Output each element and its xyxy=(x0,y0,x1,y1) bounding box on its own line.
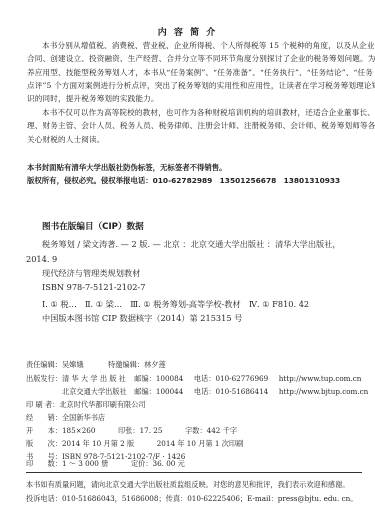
sheets-label: 印张： xyxy=(118,426,140,435)
summary-line: 本书分别从增值税、消费税、营业税、企业所得税、个人所得税等 15 个税种的角度，… xyxy=(27,39,363,52)
editor-label: 责任编辑： xyxy=(26,360,62,369)
publisher-row-2: 北京交通大学出版社 邮编：100044 电话：010-51686414 http… xyxy=(62,387,368,397)
phone: 010-51686414 xyxy=(215,387,268,396)
copyright-notice: 版权所有，侵权必究。侵权举报电话：010-62782989 1350125667… xyxy=(27,175,340,186)
publisher-url[interactable]: http://www.tup.com.cn xyxy=(279,374,362,383)
cip-line-2: 2014. 9 xyxy=(26,254,57,264)
zip-label: 邮编： xyxy=(134,374,156,383)
anti-counterfeit-notice: 本书封面贴有清华大学出版社防伪标签，无标签者不得销售。 xyxy=(27,162,227,173)
copies-label: 印 数： xyxy=(26,459,62,468)
publisher-label: 出版发行： xyxy=(26,374,62,383)
publisher-url[interactable]: http://www.bjtup.com.cn xyxy=(279,387,369,396)
format-label: 开 本： xyxy=(26,426,62,435)
summary-line: 识的同时，提升税务筹划的实践能力。 xyxy=(27,92,363,105)
summary-line: 养应用型、技能型税务筹划人才，本书从“任务案例”、“任务准备”、“任务执行”、“… xyxy=(27,66,363,79)
format-value: 185×260 xyxy=(62,426,95,435)
phone-label: 电话： xyxy=(194,374,216,383)
words-label: 字数： xyxy=(185,426,207,435)
sheets-value: 17. 25 xyxy=(140,426,163,435)
words-value: 442 千字 xyxy=(207,426,237,435)
publisher-name: 清 华 大 学 出 版 社 xyxy=(62,374,132,384)
distributor-name: 全国新华书店 xyxy=(62,413,105,422)
editor-name: 吴嫦娥 xyxy=(62,360,84,369)
divider-line xyxy=(26,472,362,473)
zip-label: 邮编： xyxy=(134,387,156,396)
complaint-contact: 投诉电话：010-51686043，51686008；传真：010-622254… xyxy=(26,494,357,504)
distributor-row: 经 销：全国新华书店 xyxy=(26,413,105,423)
cip-heading: 图书在版编目（CIP）数据 xyxy=(42,220,144,232)
summary-paragraph-1: 本书分别从增值税、消费税、营业税、企业所得税、个人所得税等 15 个税种的角度，… xyxy=(27,39,363,105)
zip: 100084 xyxy=(156,374,183,383)
quality-notice: 本书如有质量问题，请向北京交通大学出版社质监组反映。对您的意见和批评，我们表示欢… xyxy=(26,480,349,490)
phone: 010-62776969 xyxy=(215,374,268,383)
summary-line: 本书不仅可以作为高等院校的教材，也可作为各种财税培训机构的培训教材，还适合企业董… xyxy=(27,106,363,119)
summary-title: 内 容 简 介 xyxy=(0,25,375,38)
edition-label: 版 次： xyxy=(26,439,62,448)
cip-verification: 中国版本图书馆 CIP 数据核字（2014）第 215315 号 xyxy=(42,313,242,324)
price-value: 36. 00 元 xyxy=(153,459,185,468)
copies-value: 1 ～ 3 000 册 xyxy=(62,459,108,468)
publisher-name: 北京交通大学出版社 xyxy=(62,387,132,397)
cip-classification: Ⅰ. ① 税… Ⅱ. ① 梁… Ⅲ. ① 税务筹划-高等学校-教材 Ⅳ. ① F… xyxy=(42,299,309,310)
publisher-row-1: 出版发行：清 华 大 学 出 版 社 邮编：100084 电话：010-6277… xyxy=(26,374,361,384)
cip-isbn: ISBN 978-7-5121-2102-7 xyxy=(42,282,145,292)
cip-line-1: 税务筹划 / 梁文涛著. — 2 版. — 北京 ：北京交通大学出版社 ：清华大… xyxy=(42,239,341,250)
summary-paragraph-2: 本书不仅可以作为高等院校的教材，也可作为各种财税培训机构的培训教材，还适合企业董… xyxy=(27,106,363,146)
special-editor-name: 林夕莲 xyxy=(144,360,166,369)
phone-label: 电话： xyxy=(194,387,216,396)
copyright-page: 内 容 简 介 本书分别从增值税、消费税、营业税、企业所得税、个人所得税等 15… xyxy=(0,0,375,526)
price-label: 定价： xyxy=(131,459,153,468)
edition-row: 版 次：2014 年 10 月第 2 版 2014 年 10 月第 1 次印刷 xyxy=(26,439,243,449)
printer-name: 北京时代华都印刷有限公司 xyxy=(59,400,145,409)
printer-row: 印 刷 者：北京时代华都印刷有限公司 xyxy=(26,400,146,410)
summary-line: 点评”5 个方面对案例进行分析点评，突出了税务筹划的实用性和应用性，让读者在学习… xyxy=(27,79,363,92)
zip: 100044 xyxy=(156,387,183,396)
printer-label: 印 刷 者： xyxy=(26,400,59,409)
edition-value: 2014 年 10 月第 2 版 xyxy=(62,439,134,448)
format-row: 开 本：185×260 印张：17. 25 字数：442 千字 xyxy=(26,426,237,436)
distributor-label: 经 销： xyxy=(26,413,62,422)
summary-line: 理、财务主管、会计人员、税务人员、税务律师、注册会计师、注册税务师、会计师、税务… xyxy=(27,119,363,132)
printing-value: 2014 年 10 月第 1 次印刷 xyxy=(157,439,244,448)
cip-series: 现代经济与管理类规划教材 xyxy=(42,268,140,279)
summary-line: 关心财税的人士阅读。 xyxy=(27,133,363,146)
copies-row: 印 数：1 ～ 3 000 册 定价：36. 00 元 xyxy=(26,459,185,469)
summary-line: 合同、创建设立、投资融资、生产经营、合并分立等不同环节角度分别探讨了企业的税务筹… xyxy=(27,52,363,65)
special-editor-label: 特邀编辑： xyxy=(108,360,144,369)
editors-row: 责任编辑：吴嫦娥 特邀编辑：林夕莲 xyxy=(26,360,166,370)
